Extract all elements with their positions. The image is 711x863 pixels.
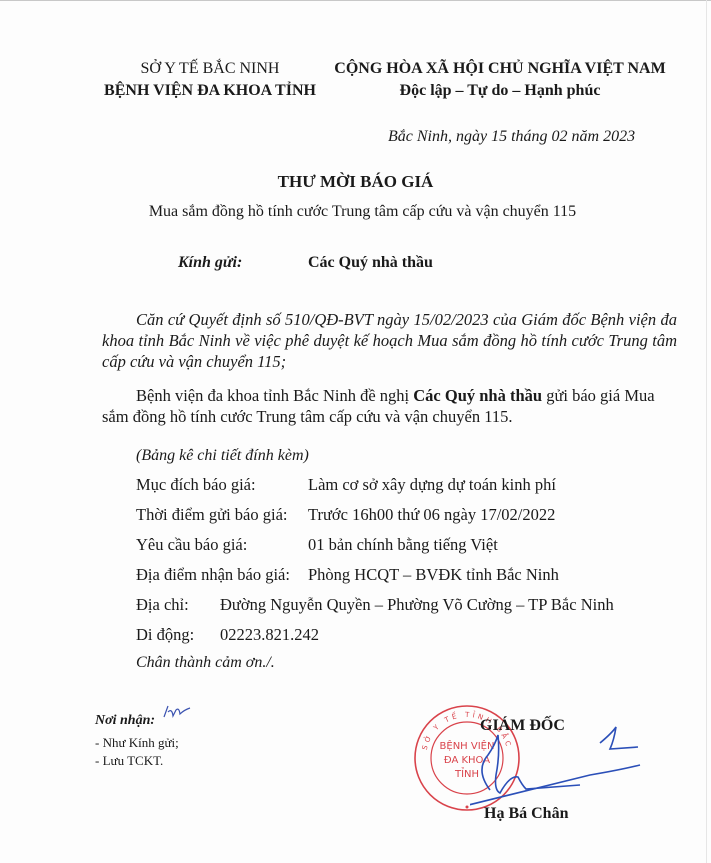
request-text-bold: Các Quý nhà thầu <box>413 386 542 405</box>
document-title: THƯ MỜI BÁO GIÁ <box>0 172 711 192</box>
request-paragraph: Bệnh viện đa khoa tỉnh Bắc Ninh đề nghị … <box>102 385 677 427</box>
detail-label: Mục đích báo giá: <box>136 475 256 494</box>
detail-row: Yêu cầu báo giá: 01 bản chính bằng tiếng… <box>136 535 247 555</box>
attached-note: (Bảng kê chi tiết đính kèm) <box>136 447 309 465</box>
agency-line-2: BỆNH VIỆN ĐA KHOA TỈNH <box>95 80 325 102</box>
page-right-edge <box>706 0 707 863</box>
detail-row: Địa điểm nhận báo giá: Phòng HCQT – BVĐK… <box>136 565 290 585</box>
recipient-item: - Lưu TCKT. <box>95 753 163 769</box>
agency-line-1: SỞ Y TẾ BẮC NINH <box>95 58 325 80</box>
detail-value: Trước 16h00 thứ 06 ngày 17/02/2022 <box>308 505 555 525</box>
page-top-edge <box>0 0 711 1</box>
detail-value: Đường Nguyễn Quyền – Phường Võ Cường – T… <box>220 595 614 615</box>
greeting-recipient: Các Quý nhà thầu <box>308 254 433 272</box>
agency-header: SỞ Y TẾ BẮC NINH BỆNH VIỆN ĐA KHOA TỈNH <box>95 58 325 102</box>
recipients-label: Nơi nhận: <box>95 713 155 729</box>
national-header: CỘNG HÒA XÃ HỘI CHỦ NGHĨA VIỆT NAM Độc l… <box>330 58 670 102</box>
request-text-start: Bệnh viện đa khoa tỉnh Bắc Ninh đề nghị <box>136 386 413 405</box>
detail-row: Thời điểm gửi báo giá: Trước 16h00 thứ 0… <box>136 505 287 525</box>
detail-row: Di động: 02223.821.242 <box>136 625 194 645</box>
date-line: Bắc Ninh, ngày 15 tháng 02 năm 2023 <box>388 128 635 146</box>
detail-label: Di động: <box>136 625 194 644</box>
detail-row: Mục đích báo giá: Làm cơ sở xây dựng dự … <box>136 475 256 495</box>
closing-line: Chân thành cảm ơn./. <box>136 654 275 672</box>
legal-basis-paragraph: Căn cứ Quyết định số 510/QĐ-BVT ngày 15/… <box>102 309 677 372</box>
detail-value: Làm cơ sở xây dựng dự toán kinh phí <box>308 475 556 495</box>
detail-value: Phòng HCQT – BVĐK tỉnh Bắc Ninh <box>308 565 559 585</box>
document-subtitle: Mua sắm đồng hồ tính cước Trung tâm cấp … <box>0 203 711 221</box>
detail-label: Địa chỉ: <box>136 595 189 614</box>
initials-mark-icon <box>162 704 192 720</box>
greeting-label: Kính gửi: <box>178 254 242 272</box>
detail-label: Địa điểm nhận báo giá: <box>136 565 290 584</box>
detail-row: Địa chỉ: Đường Nguyễn Quyền – Phường Võ … <box>136 595 189 615</box>
nation-line-1: CỘNG HÒA XÃ HỘI CHỦ NGHĨA VIỆT NAM <box>330 58 670 80</box>
detail-label: Thời điểm gửi báo giá: <box>136 505 287 524</box>
signer-name: Hạ Bá Chân <box>484 805 568 823</box>
detail-value: 01 bản chính bằng tiếng Việt <box>308 535 498 555</box>
recipient-item: - Như Kính gửi; <box>95 735 179 751</box>
detail-label: Yêu cầu báo giá: <box>136 535 247 554</box>
nation-motto: Độc lập – Tự do – Hạnh phúc <box>330 80 670 102</box>
detail-value: 02223.821.242 <box>220 625 319 645</box>
